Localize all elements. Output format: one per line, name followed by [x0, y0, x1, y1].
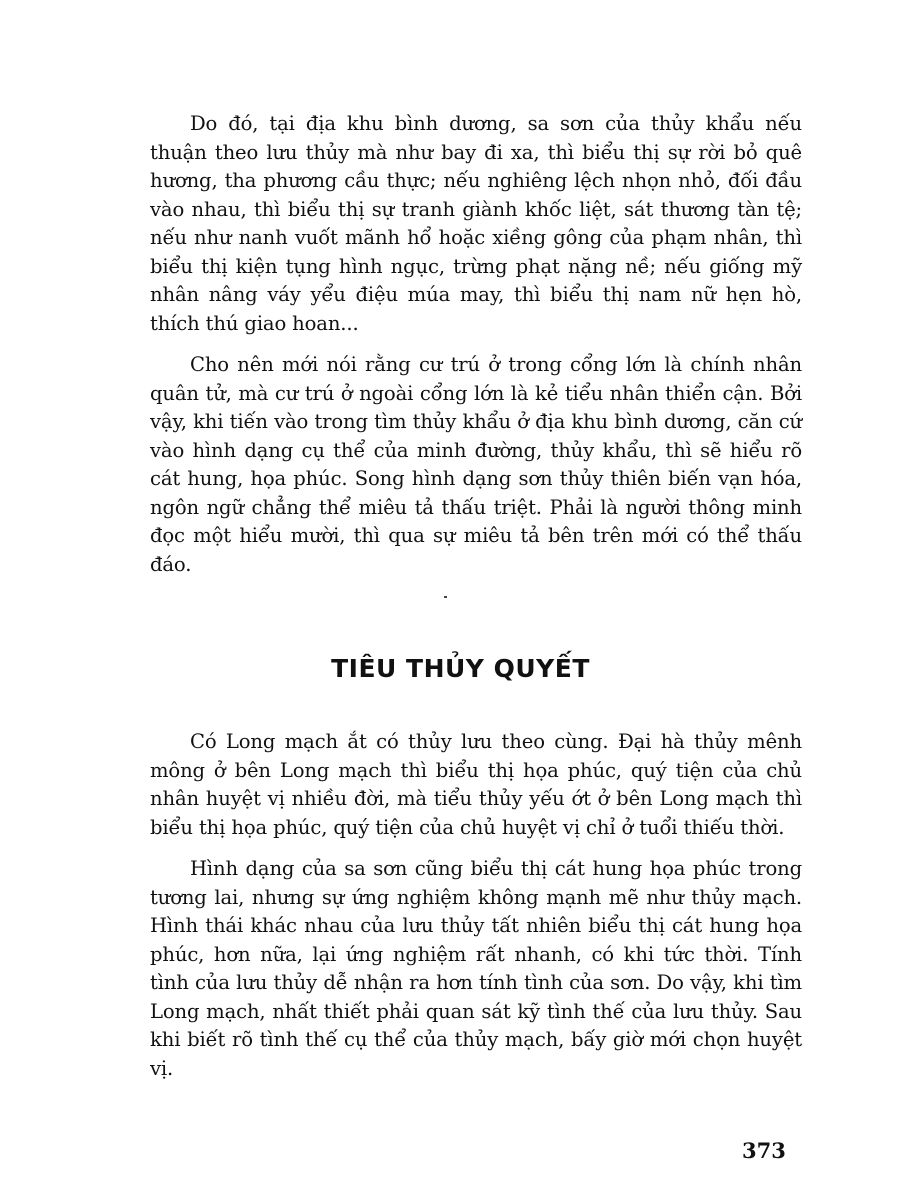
separator-mark: [444, 596, 447, 598]
section-2-body: Có Long mạch ắt có thủy lưu theo cùng. Đ…: [150, 728, 802, 1083]
section-heading: TIÊU THỦY QUYẾT: [0, 654, 921, 683]
paragraph: Hình dạng của sa sơn cũng biểu thị cát h…: [150, 855, 802, 1083]
page-number: 373: [742, 1138, 786, 1163]
section-1-body: Do đó, tại địa khu bình dương, sa sơn củ…: [150, 110, 802, 579]
paragraph: Do đó, tại địa khu bình dương, sa sơn củ…: [150, 110, 802, 338]
paragraph: Có Long mạch ắt có thủy lưu theo cùng. Đ…: [150, 728, 802, 842]
paragraph: Cho nên mới nói rằng cư trú ở trong cổng…: [150, 351, 802, 579]
